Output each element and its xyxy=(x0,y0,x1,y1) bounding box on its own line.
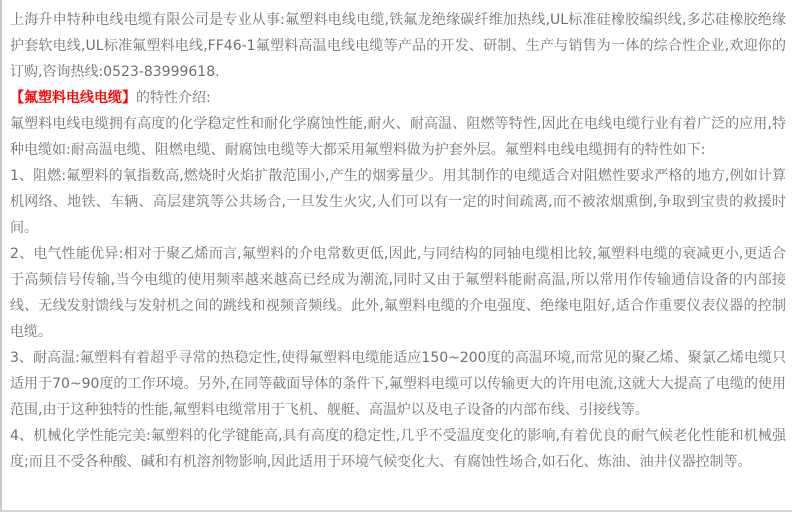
section-heading: 【氟塑料电线电缆】的特性介绍: xyxy=(10,85,786,111)
company-intro-paragraph: 上海升申特种电线电缆有限公司是专业从事:氟塑料电线电缆,铁氟龙绝缘碳纤维加热线,… xyxy=(10,7,786,85)
feature-item-mechanical-chemical: 4、机械化学性能完美:氟塑料的化学键能高,具有高度的稳定性,几乎不受温度变化的影… xyxy=(10,423,786,475)
feature-item-flame-retardant: 1、阻燃:氟塑料的氧指数高,燃烧时火焰扩散范围小,产生的烟雾量少。用其制作的电缆… xyxy=(10,163,786,241)
heading-product-name: 【氟塑料电线电缆】 xyxy=(10,90,136,106)
article-page: 上海升申特种电线电缆有限公司是专业从事:氟塑料电线电缆,铁氟龙绝缘碳纤维加热线,… xyxy=(0,0,792,512)
features-overview-paragraph: 氟塑料电线电缆拥有高度的化学稳定性和耐化学腐蚀性能,耐火、耐高温、阻燃等特性,因… xyxy=(10,111,786,163)
feature-item-high-temperature: 3、耐高温:氟塑料有着超乎寻常的热稳定性,使得氟塑料电缆能适应150~200度的… xyxy=(10,345,786,423)
feature-item-electrical-performance: 2、电气性能优异:相对于聚乙烯而言,氟塑料的介电常数更低,因此,与同结构的同轴电… xyxy=(10,241,786,345)
heading-suffix: 的特性介绍: xyxy=(136,90,211,106)
